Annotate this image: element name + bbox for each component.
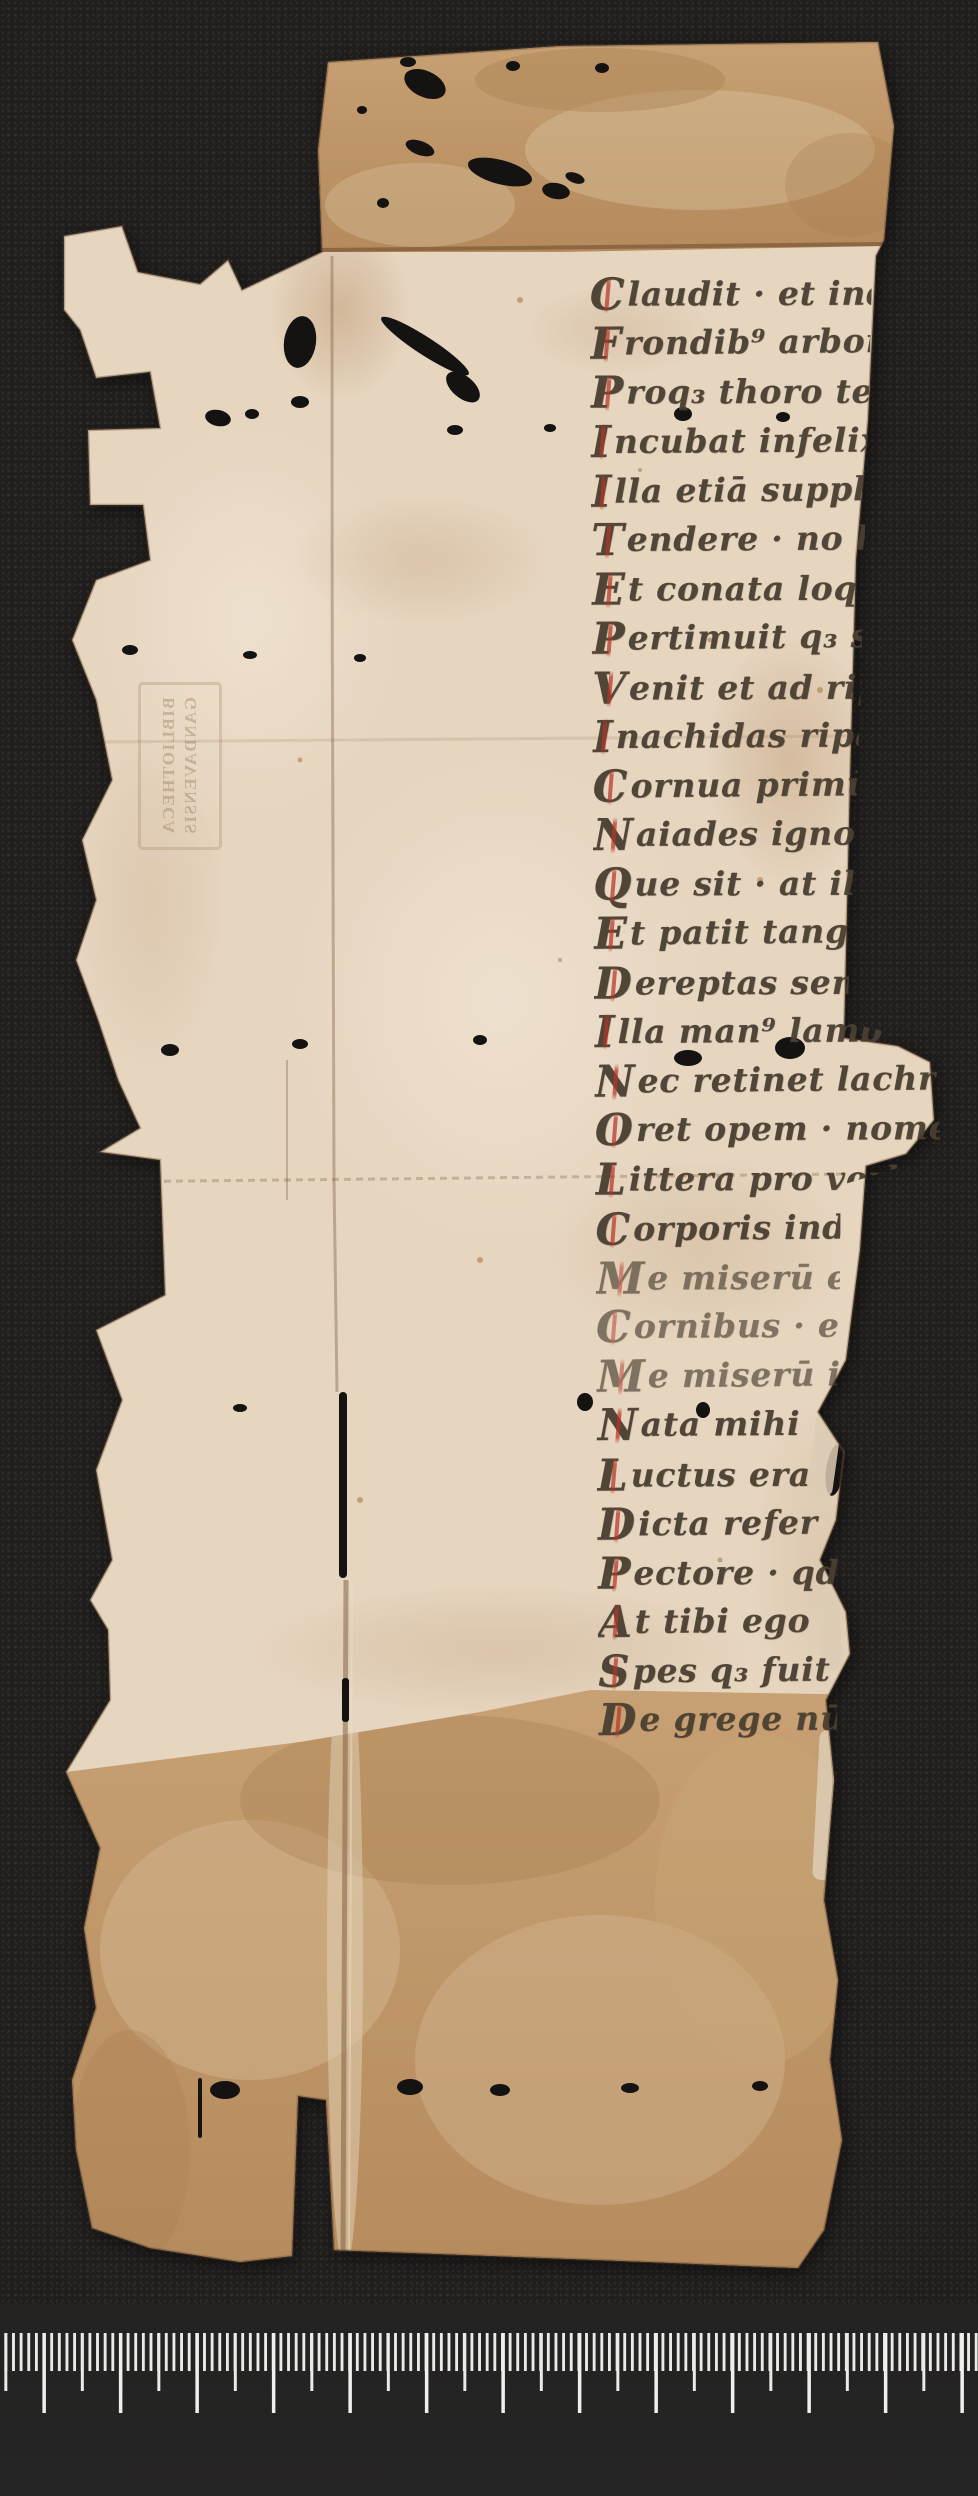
line-initial: C bbox=[590, 274, 626, 318]
line-initial: F bbox=[590, 323, 622, 367]
line-initial: E bbox=[593, 913, 628, 957]
line-text: t tibi ego bbox=[635, 1601, 811, 1641]
line-text: ncubat infelix bbox=[614, 420, 881, 461]
line-initial: N bbox=[597, 1404, 638, 1448]
library-stamp: BIBLIOTHECA GANDAVENSIS bbox=[138, 682, 222, 850]
line-initial: D bbox=[597, 1503, 636, 1547]
line-initial: C bbox=[595, 1208, 631, 1252]
line-text: ec retinet lachrimae bbox=[637, 1058, 978, 1101]
line-initial: T bbox=[591, 519, 625, 563]
line-text: ornua primū bbox=[630, 764, 871, 805]
line-text: lla man⁹ lamb bbox=[617, 1010, 884, 1051]
line-initial: V bbox=[592, 667, 627, 711]
manuscript-line: Oret opem · nomen q bbox=[595, 1103, 967, 1154]
line-text: endere · no h bbox=[627, 518, 881, 559]
line-initial: D bbox=[594, 962, 633, 1006]
line-initial: A bbox=[598, 1601, 633, 1645]
line-initial: P bbox=[592, 618, 626, 662]
line-text: e miserū in bbox=[648, 1354, 866, 1395]
line-text: t conata loq bbox=[628, 569, 858, 609]
line-initial: S bbox=[598, 1651, 631, 1695]
line-initial: M bbox=[596, 1355, 646, 1399]
line-initial: E bbox=[591, 569, 625, 613]
photo-background: BIBLIOTHECA GANDAVENSIS Claudit · et ind… bbox=[0, 0, 978, 2496]
line-initial: I bbox=[592, 716, 614, 760]
line-text: nachidas ripa bbox=[616, 715, 878, 756]
line-initial: I bbox=[590, 421, 612, 465]
line-initial: L bbox=[595, 1159, 627, 1203]
line-initial: O bbox=[595, 1109, 634, 1153]
line-text: ertimuit q₃ so bbox=[627, 616, 893, 658]
ruler-ticks-cm bbox=[0, 2333, 978, 2413]
line-text: ret opem · nomen q bbox=[636, 1108, 978, 1149]
line-initial: P bbox=[597, 1552, 631, 1596]
line-initial: L bbox=[597, 1454, 629, 1498]
line-text: lla etiā suppl bbox=[614, 469, 866, 510]
line-text: ata mihi bbox=[640, 1404, 800, 1444]
line-text: roq₃ thoro ter bbox=[626, 372, 892, 412]
line-initial: C bbox=[592, 765, 628, 809]
line-text: icta refer bbox=[638, 1502, 818, 1543]
ruler bbox=[0, 2304, 978, 2496]
line-initial: N bbox=[594, 1060, 635, 1104]
stamp-line-2: GANDAVENSIS bbox=[180, 685, 202, 847]
line-initial: D bbox=[598, 1699, 637, 1743]
line-text: uctus era bbox=[631, 1454, 811, 1494]
line-initial: C bbox=[596, 1306, 632, 1350]
line-initial: N bbox=[593, 814, 634, 858]
line-initial: M bbox=[596, 1257, 646, 1301]
line-initial: I bbox=[594, 1011, 616, 1055]
line-text: pes q₃ fuit bbox=[632, 1650, 830, 1691]
line-initial: P bbox=[590, 372, 624, 416]
line-initial: I bbox=[591, 470, 613, 514]
line-text: e grege nū bbox=[639, 1699, 845, 1739]
stamp-line-1: BIBLIOTHECA bbox=[158, 685, 180, 847]
line-initial: Q bbox=[593, 864, 632, 908]
manuscript-line: Nec retinet lachrimae bbox=[594, 1053, 966, 1106]
